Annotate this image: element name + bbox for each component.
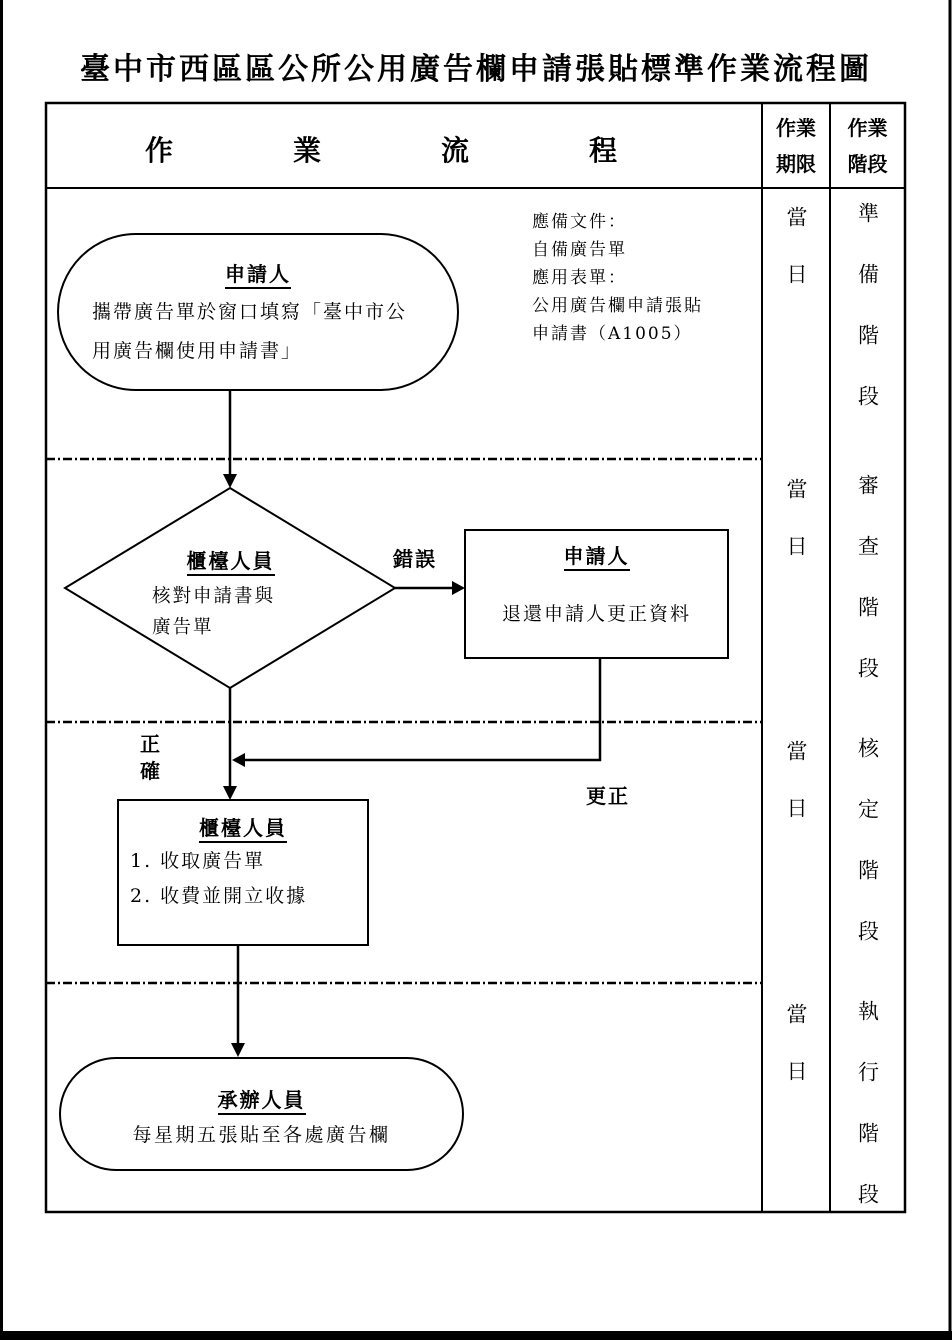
stage-row-1: 準備階段 (830, 202, 905, 450)
arrowhead-error (452, 581, 465, 595)
process-box-item2: 2. 收費並開立收據 (130, 881, 307, 908)
flow-header-char: 業 (293, 129, 321, 169)
stage-row-3: 核定階段 (830, 737, 905, 985)
page-border-bottom (0, 1331, 952, 1340)
note-line: 應用表單： (532, 264, 703, 292)
fix-edge-label: 更正 (586, 780, 630, 809)
end-node-title: 承辦人員 (60, 1084, 463, 1113)
end-node-body: 每星期五張貼至各處廣告欄 (60, 1120, 463, 1147)
decision-node-title: 櫃檯人員 (148, 545, 313, 574)
arrowhead-decision-process (223, 786, 237, 800)
column-header-flow: 作 業 流 程 (145, 129, 617, 169)
start-node-line2: 用廣告欄使用申請書」 (92, 336, 302, 363)
column-header-stage: 作業 階段 (830, 110, 905, 182)
connector-return (243, 658, 600, 760)
correct-edge-label: 正確 (138, 731, 164, 785)
arrowhead-return (232, 753, 245, 767)
arrowhead-process-end (231, 1043, 245, 1057)
note-line: 應備文件： (532, 208, 703, 236)
note-line: 自備廣告單 (532, 236, 703, 264)
start-node-title: 申請人 (58, 258, 458, 287)
deadline-row-2: 當日 (762, 478, 830, 596)
error-edge-label: 錯誤 (393, 543, 437, 572)
arrowhead-start-decision (223, 474, 237, 488)
flow-header-char: 程 (589, 129, 617, 169)
note-line: 申請書（A1005） (532, 320, 703, 348)
documents-note: 應備文件： 自備廣告單 應用表單： 公用廣告欄申請張貼 申請書（A1005） (532, 208, 703, 348)
flowchart-page: { "page": { "title": "臺中市西區區公所公用廣告欄申請張貼標… (0, 0, 952, 1340)
note-line: 公用廣告欄申請張貼 (532, 292, 703, 320)
stage-row-2: 審查階段 (830, 474, 905, 722)
deadline-row-1: 當日 (762, 206, 830, 324)
start-node-line1: 攜帶廣告單於窗口填寫「臺中市公 (92, 297, 407, 324)
flow-header-char: 流 (441, 129, 469, 169)
decision-node-line2: 廣告單 (152, 613, 214, 639)
decision-node-line1: 核對申請書與 (152, 582, 275, 608)
column-header-deadline: 作業 期限 (762, 110, 830, 182)
deadline-row-4: 當日 (762, 1003, 830, 1121)
process-box-title: 櫃檯人員 (118, 812, 368, 841)
stage-row-4: 執行階段 (830, 1000, 905, 1248)
deadline-row-3: 當日 (762, 740, 830, 858)
return-box-title: 申請人 (465, 540, 728, 569)
return-box-body: 退還申請人更正資料 (465, 599, 728, 626)
flow-header-char: 作 (145, 129, 173, 169)
process-box-item1: 1. 收取廣告單 (130, 846, 265, 873)
page-title: 臺中市西區區公所公用廣告欄申請張貼標準作業流程圖 (0, 44, 952, 88)
